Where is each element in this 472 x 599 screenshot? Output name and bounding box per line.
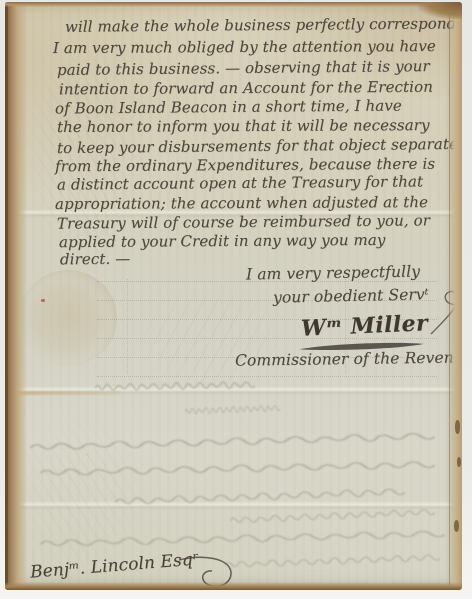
manuscript-page: will make the whole business perfectly c… <box>5 2 462 590</box>
edge-blotch <box>454 520 459 532</box>
page-edge-line <box>449 2 450 590</box>
letter-line: will make the whole business perfectly c… <box>65 16 462 35</box>
bleedthrough-rule <box>97 376 437 377</box>
letter-line: from the ordinary Expenditures, because … <box>55 157 435 175</box>
bleedthrough-rule <box>127 279 128 374</box>
letter-line: appropriation; the account when adjusted… <box>55 195 428 212</box>
closing-line: I am very respectfully <box>246 264 420 283</box>
letter-line: I am very much obliged by the attention … <box>53 39 436 56</box>
letter-line: applied to your Credit in any way you ma… <box>59 233 386 250</box>
letter-line: the honor to inform you that it will be … <box>57 118 430 135</box>
book-spine-line <box>5 2 8 590</box>
book-spine-edge <box>5 2 27 590</box>
red-ink-speck <box>41 299 45 302</box>
letter-line: paid to this business. — observing that … <box>57 59 430 78</box>
signature: Wᵐ Miller <box>301 312 429 340</box>
letter-line: intention to forward an Account for the … <box>59 80 433 98</box>
letter-line: to keep your disbursements for that obje… <box>57 137 458 156</box>
letter-line: Treasury will of course be reimbursed to… <box>57 213 430 231</box>
page-top-edge <box>5 2 462 7</box>
closing-line: your obedient Servᵗ <box>273 287 429 306</box>
letter-line: direct. — <box>60 252 130 268</box>
edge-blotch <box>455 420 460 434</box>
page-corner-curl <box>418 2 462 19</box>
seal-stain <box>19 270 117 366</box>
page-bottom-edge <box>5 582 462 590</box>
edge-blotch <box>457 457 461 467</box>
letter-line: a distinct account open at the Treasury … <box>57 174 423 192</box>
signer-title: Commissioner of the Revenue <box>235 350 462 369</box>
letter-line: of Boon Island Beacon in a short time, I… <box>55 98 402 116</box>
scanned-document: will make the whole business perfectly c… <box>0 0 472 599</box>
bleedthrough-rule <box>97 338 437 339</box>
